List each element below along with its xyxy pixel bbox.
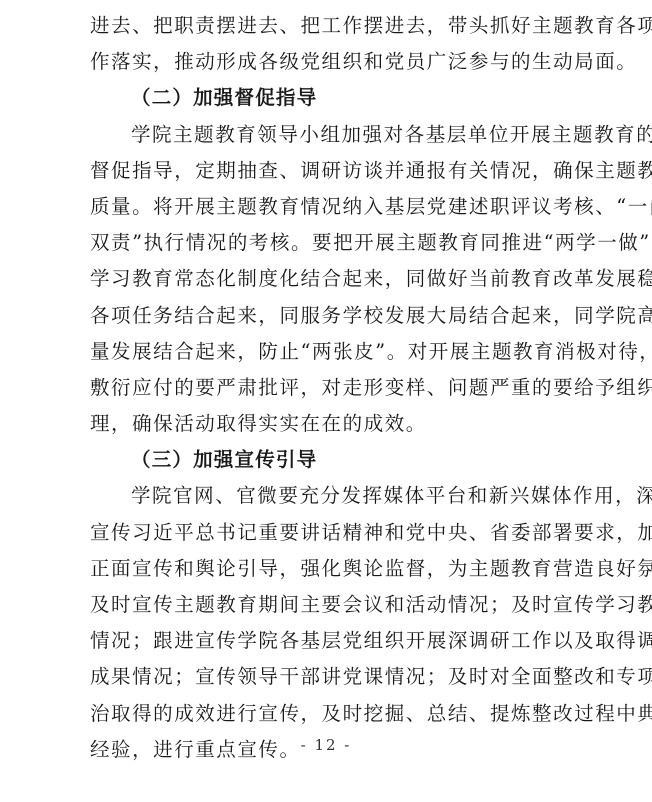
- paragraph-line: 量发展结合起来，防止“两张皮”。对开展主题教育消极对待，: [90, 334, 584, 370]
- paragraph-line: 督促指导，定期抽查、调研访谈并通报有关情况，确保主题教育: [90, 153, 584, 189]
- section-heading-publicity: （三）加强宣传引导: [90, 442, 584, 478]
- paragraph-line: 质量。将开展主题教育情况纳入基层党建述职评议考核、“一岗: [90, 189, 584, 225]
- paragraph-line: 正面宣传和舆论引导，强化舆论监督，为主题教育营造良好氛围。: [90, 551, 584, 587]
- paragraph-line: 理，确保活动取得实实在在的成效。: [90, 406, 584, 442]
- paragraph-line: 敷衍应付的要严肃批评，对走形变样、问题严重的要给予组织处: [90, 370, 584, 406]
- paragraph-line: 各项任务结合起来，同服务学校发展大局结合起来，同学院高质: [90, 298, 584, 334]
- paragraph-line: 进去、把职责摆进去、把工作摆进去，带头抓好主题教育各项工: [90, 8, 584, 44]
- paragraph-line: 宣传习近平总书记重要讲话精神和党中央、省委部署要求，加强: [90, 515, 584, 551]
- paragraph-line: 成果情况；宣传领导干部讲党课情况；及时对全面整改和专项整: [90, 659, 584, 695]
- paragraph-line: 学院主题教育领导小组加强对各基层单位开展主题教育的: [90, 117, 584, 153]
- paragraph-line: 作落实，推动形成各级党组织和党员广泛参与的生动局面。: [90, 44, 584, 80]
- paragraph-line: 学习教育常态化制度化结合起来，同做好当前教育改革发展稳定: [90, 261, 584, 297]
- paragraph-line: 学院官网、官微要充分发挥媒体平台和新兴媒体作用，深入: [90, 478, 584, 514]
- paragraph-line: 治取得的成效进行宣传，及时挖掘、总结、提炼整改过程中典型: [90, 696, 584, 732]
- page-number: - 12 -: [0, 736, 652, 754]
- paragraph-line: 双责”执行情况的考核。要把开展主题教育同推进“两学一做”: [90, 225, 584, 261]
- document-page: 进去、把职责摆进去、把工作摆进去，带头抓好主题教育各项工 作落实，推动形成各级党…: [90, 8, 584, 768]
- paragraph-line: 及时宣传主题教育期间主要会议和活动情况；及时宣传学习教育: [90, 587, 584, 623]
- section-heading-supervision: （二）加强督促指导: [90, 80, 584, 116]
- paragraph-line: 情况；跟进宣传学院各基层党组织开展深调研工作以及取得调研: [90, 623, 584, 659]
